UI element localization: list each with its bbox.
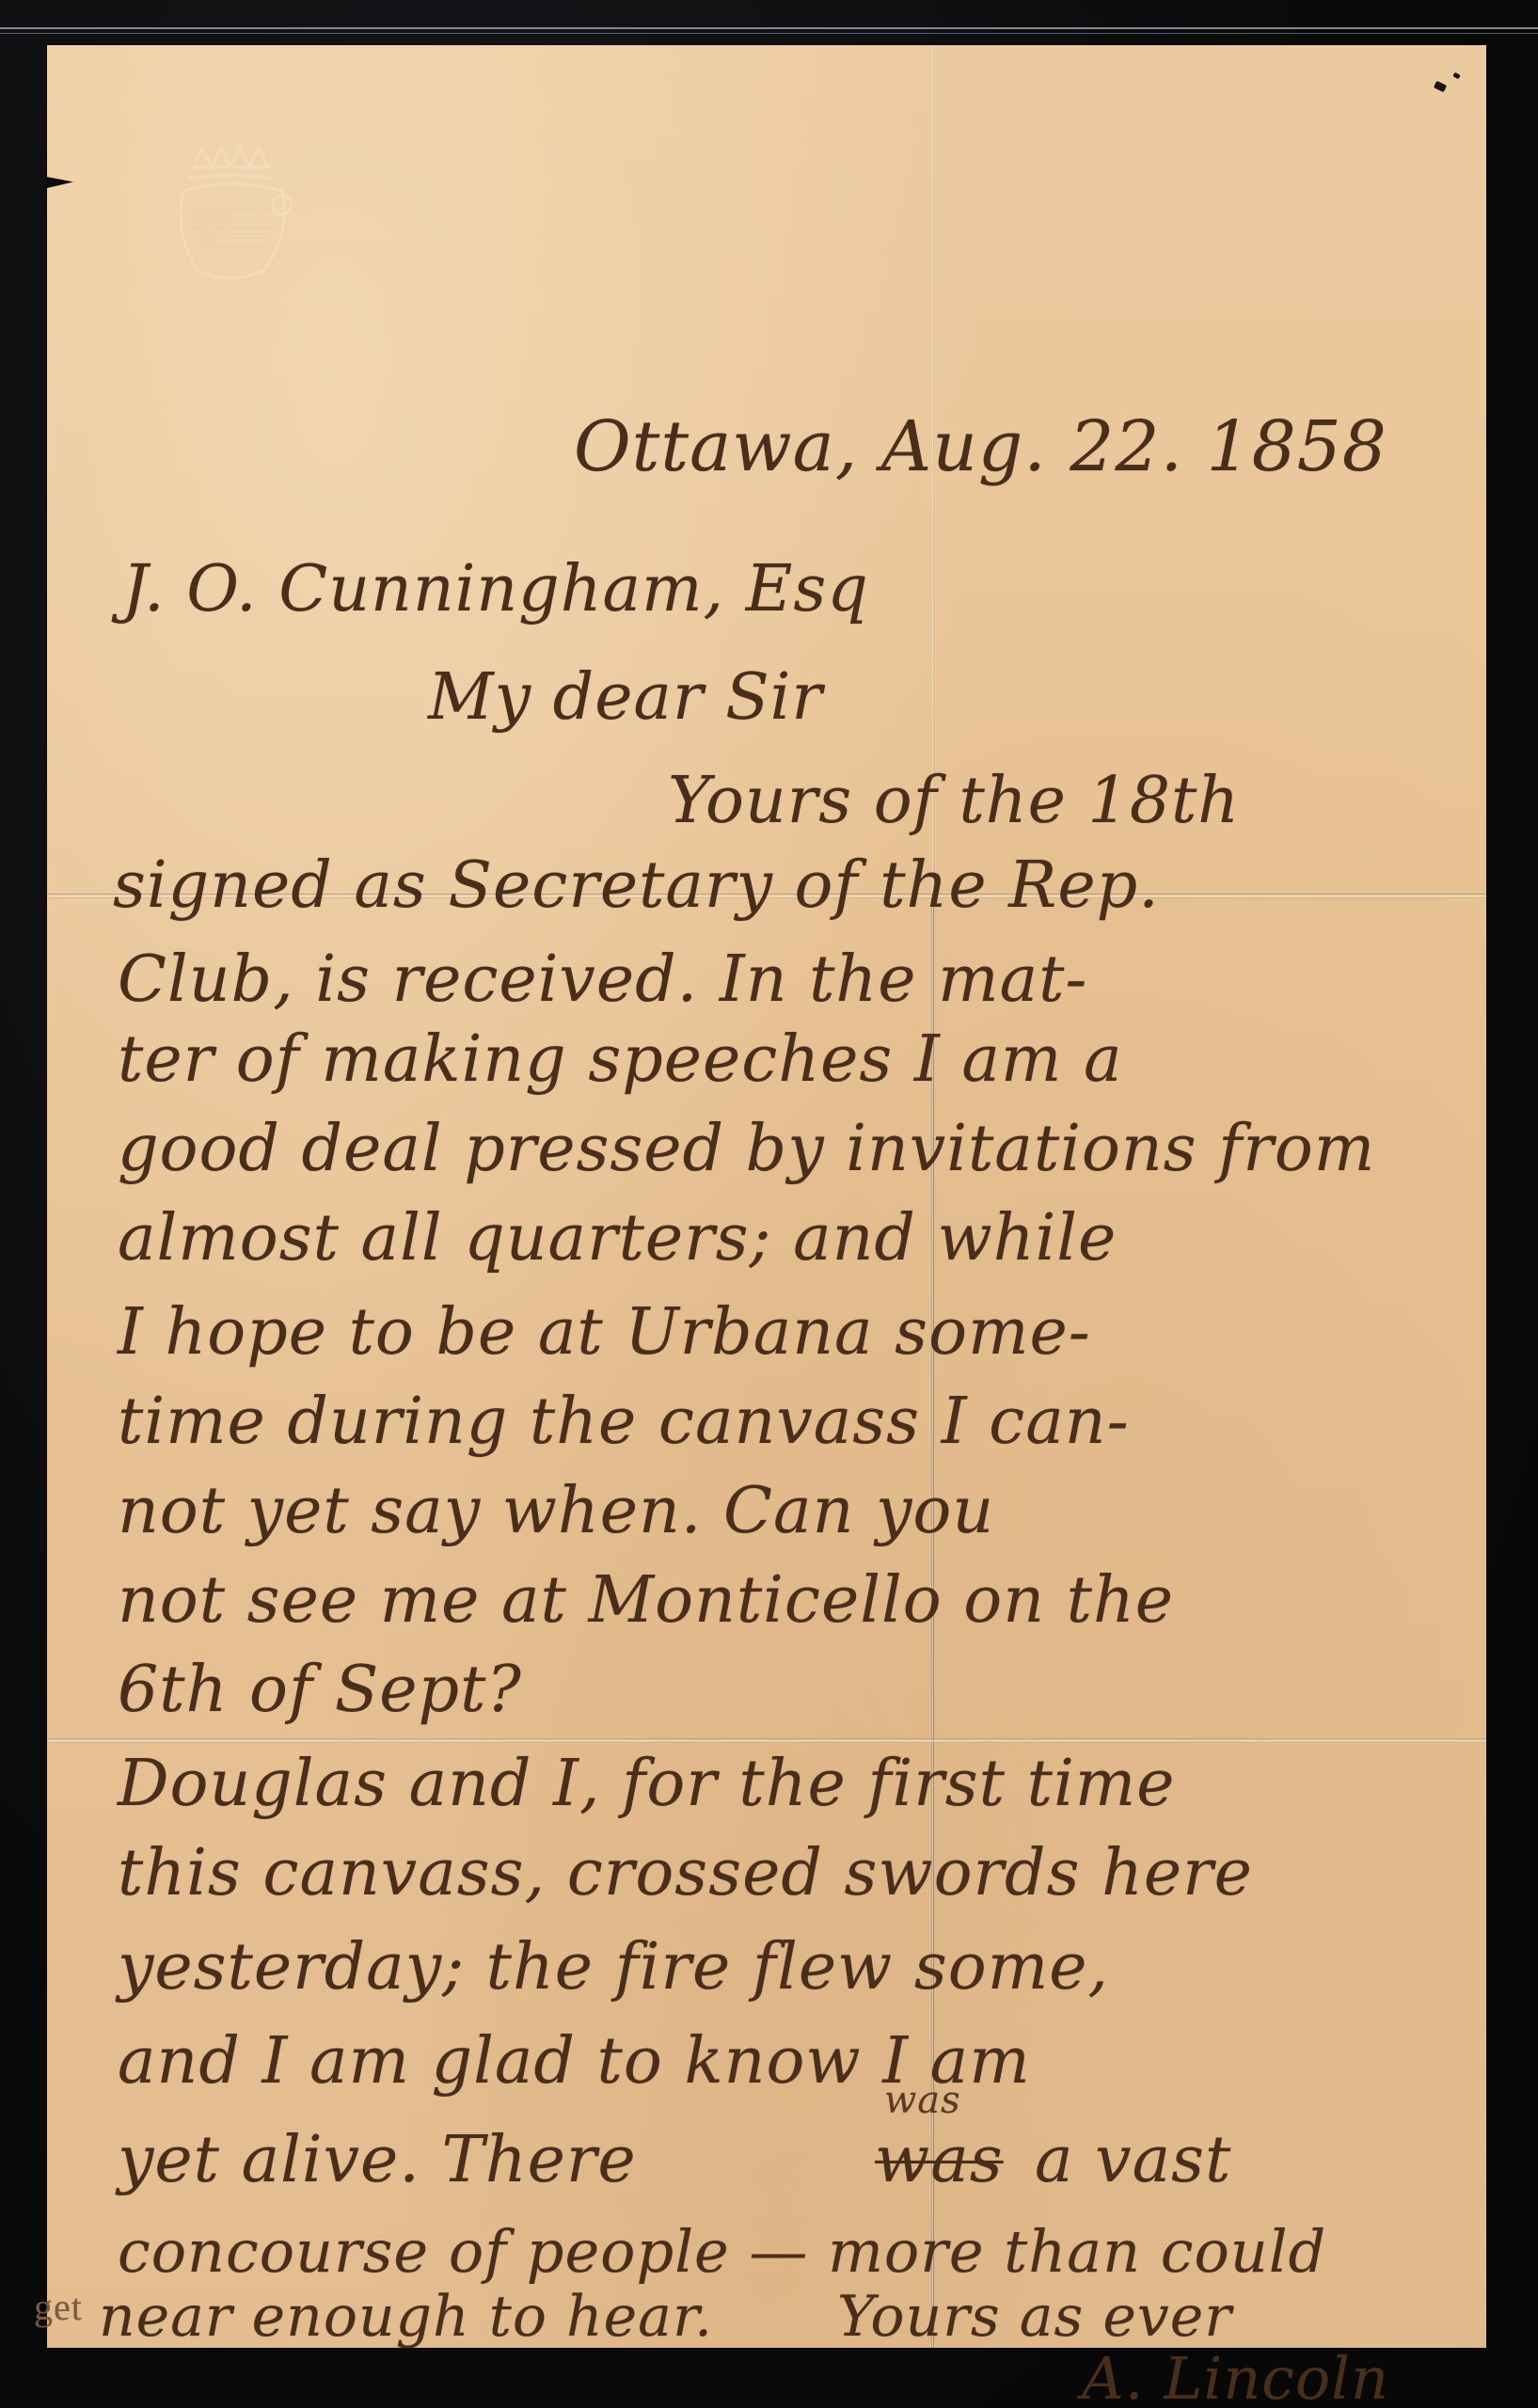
body-line: Douglas and I, for the first time [118,1752,1175,1816]
struck-out-word: was [875,2129,1004,2193]
horizontal-fold-crease-lower [47,1738,1486,1743]
body-line: Club, is received. In the mat- [118,948,1087,1012]
body-line: time during the canvass I can- [118,1390,1130,1454]
body-line: near enough to hear. [99,2289,713,2345]
body-line: Yours of the 18th [668,769,1240,833]
body-line: almost all quarters; and while [118,1207,1117,1271]
body-line: good deal pressed by invitations from [118,1117,1375,1181]
torn-edge [47,177,73,188]
signature: A. Lincoln [1082,2350,1389,2408]
salutation: My dear Sir [428,666,823,730]
body-line: yet alive. There [118,2129,637,2193]
body-line: a vast [1035,2129,1231,2193]
closing: Yours as ever [837,2289,1232,2345]
body-line: I hope to be at Urbana some- [118,1301,1091,1365]
margin-insertion: get [34,2289,83,2326]
body-line: yesterday; the fire flew some, [118,1936,1109,2000]
interlinear-insertion: was [884,2082,961,2119]
body-line: not see me at Monticello on the [118,1569,1174,1633]
body-line: concourse of people — more than could [118,2223,1326,2281]
embossed-crown-seal-icon [151,120,315,290]
body-line: 6th of Sept? [118,1658,522,1722]
body-line: signed as Secretary of the Rep. [113,854,1160,918]
body-line: this canvass, crossed swords here [118,1842,1253,1906]
body-line: ter of making speeches I am a [118,1028,1123,1092]
letter-paper: Ottawa, Aug. 22. 1858 J. O. Cunningham, … [47,45,1486,2348]
addressee: J. O. Cunningham, Esq [122,558,869,622]
place-date-line: Ottawa, Aug. 22. 1858 [574,412,1387,482]
frame-edge-line [0,27,1538,29]
frame-edge-line-inner [0,33,1538,34]
body-line: not yet say when. Can you [118,1480,994,1544]
